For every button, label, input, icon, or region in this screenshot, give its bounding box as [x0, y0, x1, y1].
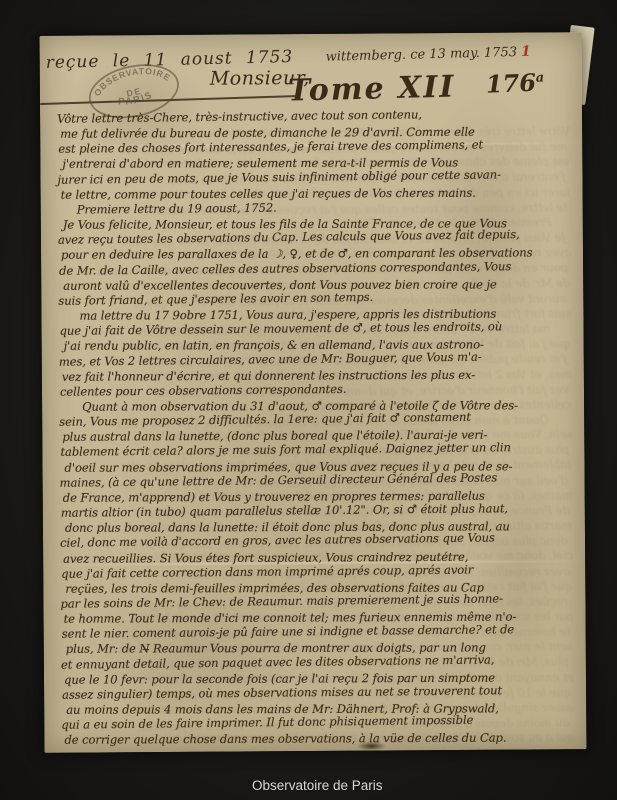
letter-line: tablement écrit cela? alors je me suis f…	[60, 440, 575, 460]
caption: Observatoire de Paris	[252, 778, 383, 793]
ink-blot	[356, 741, 386, 750]
place-date-annotation: wittemberg. ce 13 may. 17531	[325, 44, 530, 65]
photo-background: Vôtre lettre très-Chere, très-instructiv…	[0, 0, 617, 800]
letter-page: Vôtre lettre très-Chere, très-instructiv…	[40, 32, 587, 753]
place-date-text: wittemberg. ce 13 may. 1753	[326, 45, 518, 65]
archive-number-main: 176	[485, 68, 536, 99]
letter-body: Vôtre lettre très-Chere, très-instructiv…	[57, 108, 577, 748]
volume-annotation: Tome XII	[287, 70, 455, 109]
red-folio-mark: 1	[521, 44, 531, 60]
letter-line: de corriger quelque chose dans mes obser…	[64, 731, 577, 749]
archive-number: 176a	[485, 67, 545, 98]
archive-number-suffix: a	[535, 70, 544, 85]
